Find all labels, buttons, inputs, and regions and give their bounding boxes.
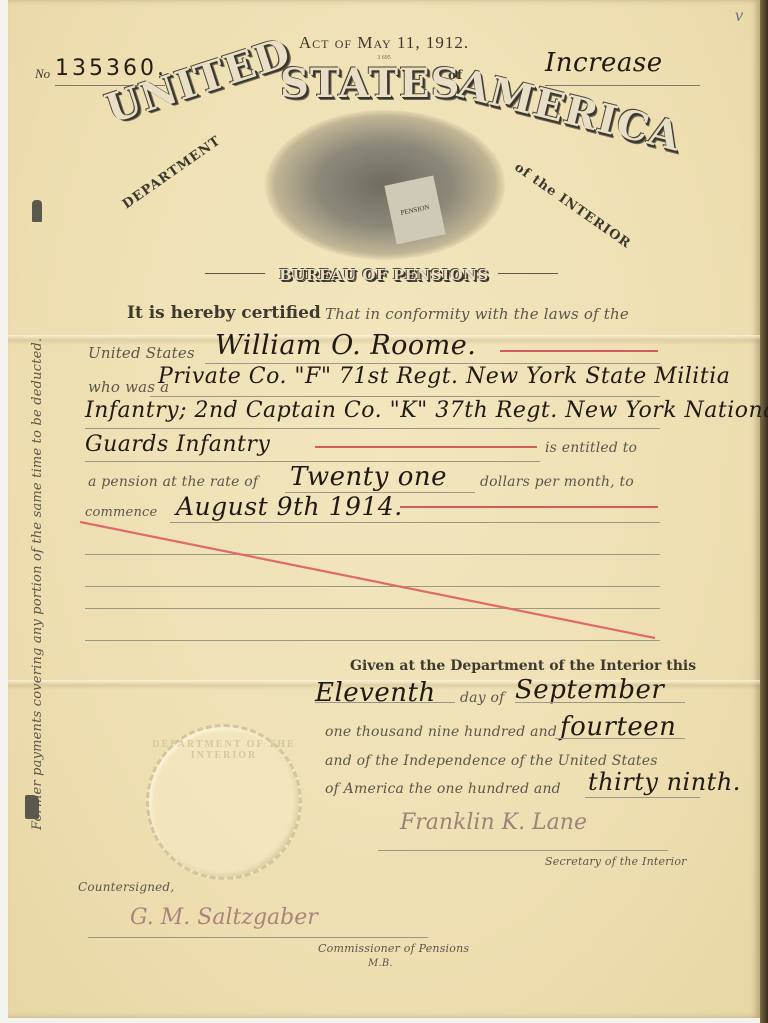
america-text: of America the one hundred and — [325, 781, 561, 797]
embossed-seal: DEPARTMENT OF THE INTERIOR — [146, 724, 302, 880]
given-day: Eleventh — [315, 678, 436, 708]
secretary-signature-rule — [378, 850, 668, 851]
day-of-label: day of — [460, 690, 504, 706]
countersigned-label: Countersigned, — [78, 880, 174, 894]
given-month: September — [515, 675, 664, 705]
clerk-initials: M.B. — [368, 958, 393, 969]
year-prefix: one thousand nine hundred and — [325, 724, 557, 740]
independence-text: and of the Independence of the United St… — [325, 753, 658, 769]
diagonal-red-cancel-line — [0, 0, 768, 1023]
commissioner-signature-rule — [88, 937, 428, 938]
month-rule — [515, 702, 685, 703]
commissioner-title: Commissioner of Pensions — [318, 942, 469, 955]
year-rule — [555, 738, 685, 739]
independence-year: thirty ninth. — [588, 768, 741, 796]
day-rule — [315, 702, 455, 703]
secretary-signature: Franklin K. Lane — [400, 810, 587, 835]
secretary-title: Secretary of the Interior — [545, 855, 687, 868]
commissioner-signature: G. M. Saltzgaber — [130, 905, 318, 930]
seal-text: DEPARTMENT OF THE INTERIOR — [149, 739, 299, 761]
independence-year-rule — [585, 797, 700, 798]
given-lead: Given at the Department of the Interior … — [350, 658, 696, 674]
